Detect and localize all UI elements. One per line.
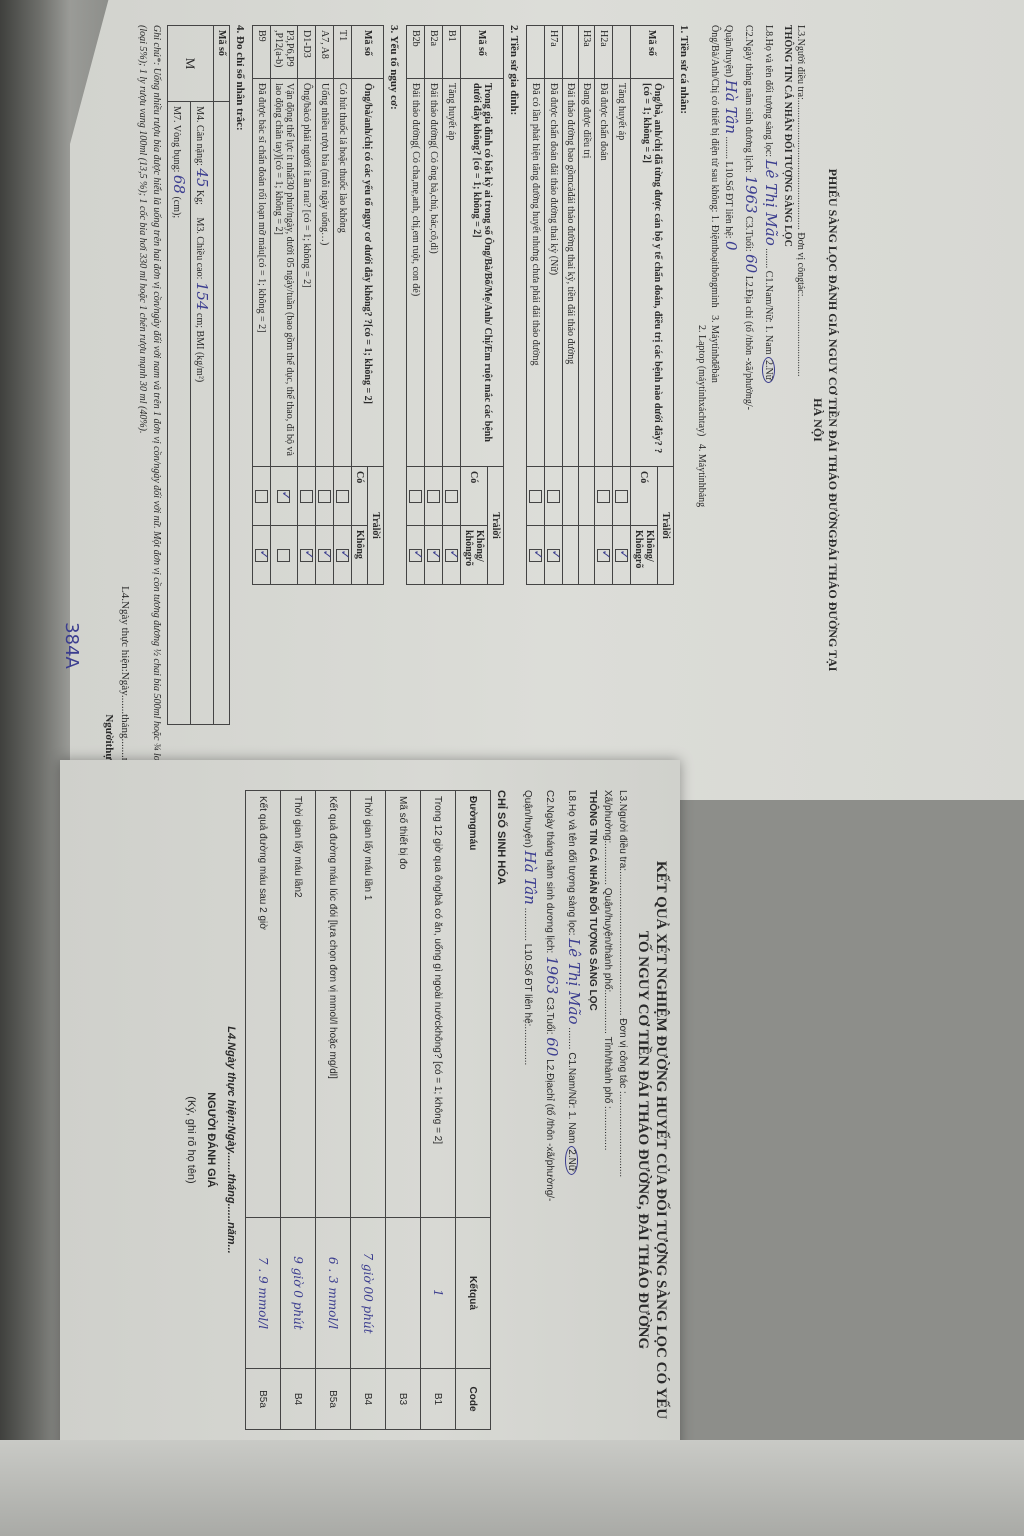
result-value[interactable]: 1	[421, 1218, 456, 1369]
checkbox[interactable]	[300, 490, 313, 503]
table-surface	[0, 1440, 1024, 1536]
page-number: 384A	[61, 622, 82, 669]
checked-checkbox[interactable]	[445, 549, 458, 562]
height-value: 154	[193, 282, 211, 311]
table-row: Mã số thiết bị đoB3	[386, 791, 421, 1430]
date-line: L4.Ngày thực hiện:Ngày.......tháng......…	[225, 790, 237, 1490]
table-row: P3,P6,P9 ,P12(a-b)Vận động thể lực ít nh…	[271, 26, 298, 585]
checked-checkbox[interactable]	[278, 490, 291, 503]
name-line: L8.Họ và tên đối tượng sàng lọc: Lê Thị …	[565, 790, 583, 1490]
checkbox[interactable]	[336, 490, 349, 503]
blood-test-form: KẾT QUẢ XÉT NGHIỆM ĐƯỜNG HUYẾT CỦA ĐỐI T…	[70, 790, 670, 1490]
checked-checkbox[interactable]	[427, 549, 440, 562]
checkbox[interactable]	[547, 490, 560, 503]
section-risk-factors: 3. Yếu tố nguy cơ:	[388, 25, 400, 815]
section-title: THÔNG TIN CÁ NHÂN ĐỐI TƯỢNG SÀNG LỌC	[587, 790, 598, 1490]
checked-checkbox[interactable]	[318, 549, 331, 562]
table-row: H2aĐã được chẩn đoán	[595, 26, 613, 585]
name-value: Lê Thị Mão	[565, 938, 583, 1024]
table-row: B9Đã được bác sĩ chẩn đoán rối loạn mỡ m…	[253, 26, 271, 585]
table-row: Đã có lần phát hiện tăng đường huyết như…	[527, 26, 545, 585]
checkbox[interactable]	[318, 490, 331, 503]
section-personal-history: 1. Tiền sử cá nhân:	[678, 25, 690, 815]
checked-checkbox[interactable]	[597, 549, 610, 562]
checked-checkbox[interactable]	[615, 549, 628, 562]
table-row: H3aĐang được điều trị	[579, 26, 595, 585]
table-row: Tăng huyết áp	[613, 26, 631, 585]
checked-checkbox[interactable]	[547, 549, 560, 562]
district-line: Quận/huyện) Hà Tân ............ L10.Số Đ…	[521, 790, 539, 1490]
waist-row: M7. Vòng bụng: 68 (cm);	[168, 102, 191, 725]
location-line: Xã/phường:............... Quận/huyện/thà…	[602, 790, 613, 1490]
result-value[interactable]: 6 . 3 mmol/l	[316, 1218, 351, 1369]
risk-factors-table: Mã sốÔng/bà/anh/chị có các yếu tố nguy c…	[252, 25, 384, 585]
weight-value: 45	[193, 168, 211, 187]
surveyor-line: L3.Người điều tra:......................…	[617, 790, 628, 1490]
checkbox[interactable]	[255, 490, 268, 503]
table-row: Thời gian lấy máu lần 17 giờ 00 phútB4	[351, 791, 386, 1430]
table-row: Kết quả đường máu lúc đói [lựa chọn đơn …	[316, 791, 351, 1430]
checkbox[interactable]	[529, 490, 542, 503]
personal-history-table: Mã sốÔng/bà, anh/chị đã từng được cán bộ…	[526, 25, 674, 585]
table-row: H7aĐã được chẩn đoán đái tháo đường thai…	[545, 26, 563, 585]
checked-checkbox[interactable]	[255, 549, 268, 562]
result-value[interactable]	[386, 1218, 421, 1369]
table-row: Đái tháo đường bao gồmcảđái tháo đường t…	[563, 26, 579, 585]
waist-value: 68	[170, 175, 188, 194]
checkbox[interactable]	[409, 490, 422, 503]
checkbox[interactable]	[597, 490, 610, 503]
result-value[interactable]: 9 giờ 0 phút	[281, 1218, 316, 1369]
dob-line: C2.Ngày tháng năm sinh dương lịch: 1963 …	[742, 25, 760, 815]
name-value: Lê Thị Mão	[762, 160, 780, 246]
form-title: PHIẾU SÀNG LỌC ĐÁNH GIÁ NGUY CƠ TIỀN ĐÁI…	[810, 25, 840, 815]
checked-checkbox[interactable]	[529, 549, 542, 562]
table-row: B2aĐái tháo đường( Có ông bà,chú, bác,cô…	[425, 26, 443, 585]
checkbox[interactable]	[427, 490, 440, 503]
table-row: T1Có hút thuốc lá hoặc thuốc lào không	[334, 26, 352, 585]
checkbox[interactable]	[615, 490, 628, 503]
form-title: KẾT QUẢ XÉT NGHIỆM ĐƯỜNG HUYẾT CỦA ĐỐI T…	[634, 790, 670, 1490]
table-row: D1-D3Ông/bàcó phải người ít ăn rau? [có …	[298, 26, 316, 585]
evaluator-title: NGƯỜI ĐÁNH GIÁ	[205, 790, 217, 1490]
biochemistry-table: ĐườngmáuKếtquảCode Trong 12 giờ qua ông/…	[245, 790, 491, 1430]
checkbox[interactable]	[445, 490, 458, 503]
section-title: THÔNG TIN CÁ NHÂN ĐỐI TƯỢNG SÀNG LỌC	[782, 25, 793, 815]
footnote: Ghi chú*: Uống nhiều rượu bia được hiểu …	[135, 25, 163, 815]
section-anthropometry: 4. Đo chỉ số nhân trắc:	[234, 25, 246, 815]
name-line: L8.Họ và tên đối tượng sàng lọc: Lê Thị …	[762, 25, 780, 815]
table-row: Kết quả đường máu sau 2 giờ7 . 9 mmol/lB…	[246, 791, 281, 1430]
checked-checkbox[interactable]	[300, 549, 313, 562]
checked-checkbox[interactable]	[409, 549, 422, 562]
table-title: CHỈ SỐ SINH HÓA	[495, 790, 507, 1490]
date-line: L4.Ngày thực hiện:Ngày.......tháng......…	[119, 55, 131, 785]
evaluator-note: (Ký, ghi rõ họ tên)	[185, 790, 197, 1490]
dob-line: C2.Ngày tháng năm sinh dương lịch: 1963 …	[543, 790, 561, 1490]
table-row: Trong 12 giờ qua ông/bà có ăn, uống gì n…	[421, 791, 456, 1430]
performer-label: Ngườithựchiện	[103, 55, 115, 785]
table-row: B1Tăng huyết áp	[443, 26, 461, 585]
anthropometry-table: Mã số M M4. Cân nặng: 45 Kg; M3. Chiều c…	[167, 25, 230, 725]
device-line: Ông/Bà/Anh/Chị có thiết bị điện tử sau k…	[709, 25, 720, 815]
district-line: Quận/huyện) Hà Tân ......... L10.Số ĐT l…	[722, 25, 740, 815]
checkbox[interactable]	[278, 549, 291, 562]
family-history-table: Mã sốTrong gia đình có bất kỳ ai trong s…	[406, 25, 504, 585]
section-family-history: 2. Tiền sử gia đình:	[508, 25, 520, 815]
table-row: Thời gian lấy máu lần29 giờ 0 phútB4	[281, 791, 316, 1430]
result-value[interactable]: 7 . 9 mmol/l	[246, 1218, 281, 1369]
surveyor-line: L3.Người điều tra:......................…	[795, 25, 806, 815]
screening-form: PHIẾU SÀNG LỌC ĐÁNH GIÁ NGUY CƠ TIỀN ĐÁI…	[80, 25, 840, 815]
weight-height-row: M4. Cân nặng: 45 Kg; M3. Chiều cao: 154 …	[191, 102, 214, 725]
checked-checkbox[interactable]	[336, 549, 349, 562]
table-row: A7, A8Uống nhiều rượu bia (mỗi ngày uống…	[316, 26, 334, 585]
result-value[interactable]: 7 giờ 00 phút	[351, 1218, 386, 1369]
table-row: B2bĐái tháo đường( Có cha,mẹ,anh, chị,em…	[407, 26, 425, 585]
